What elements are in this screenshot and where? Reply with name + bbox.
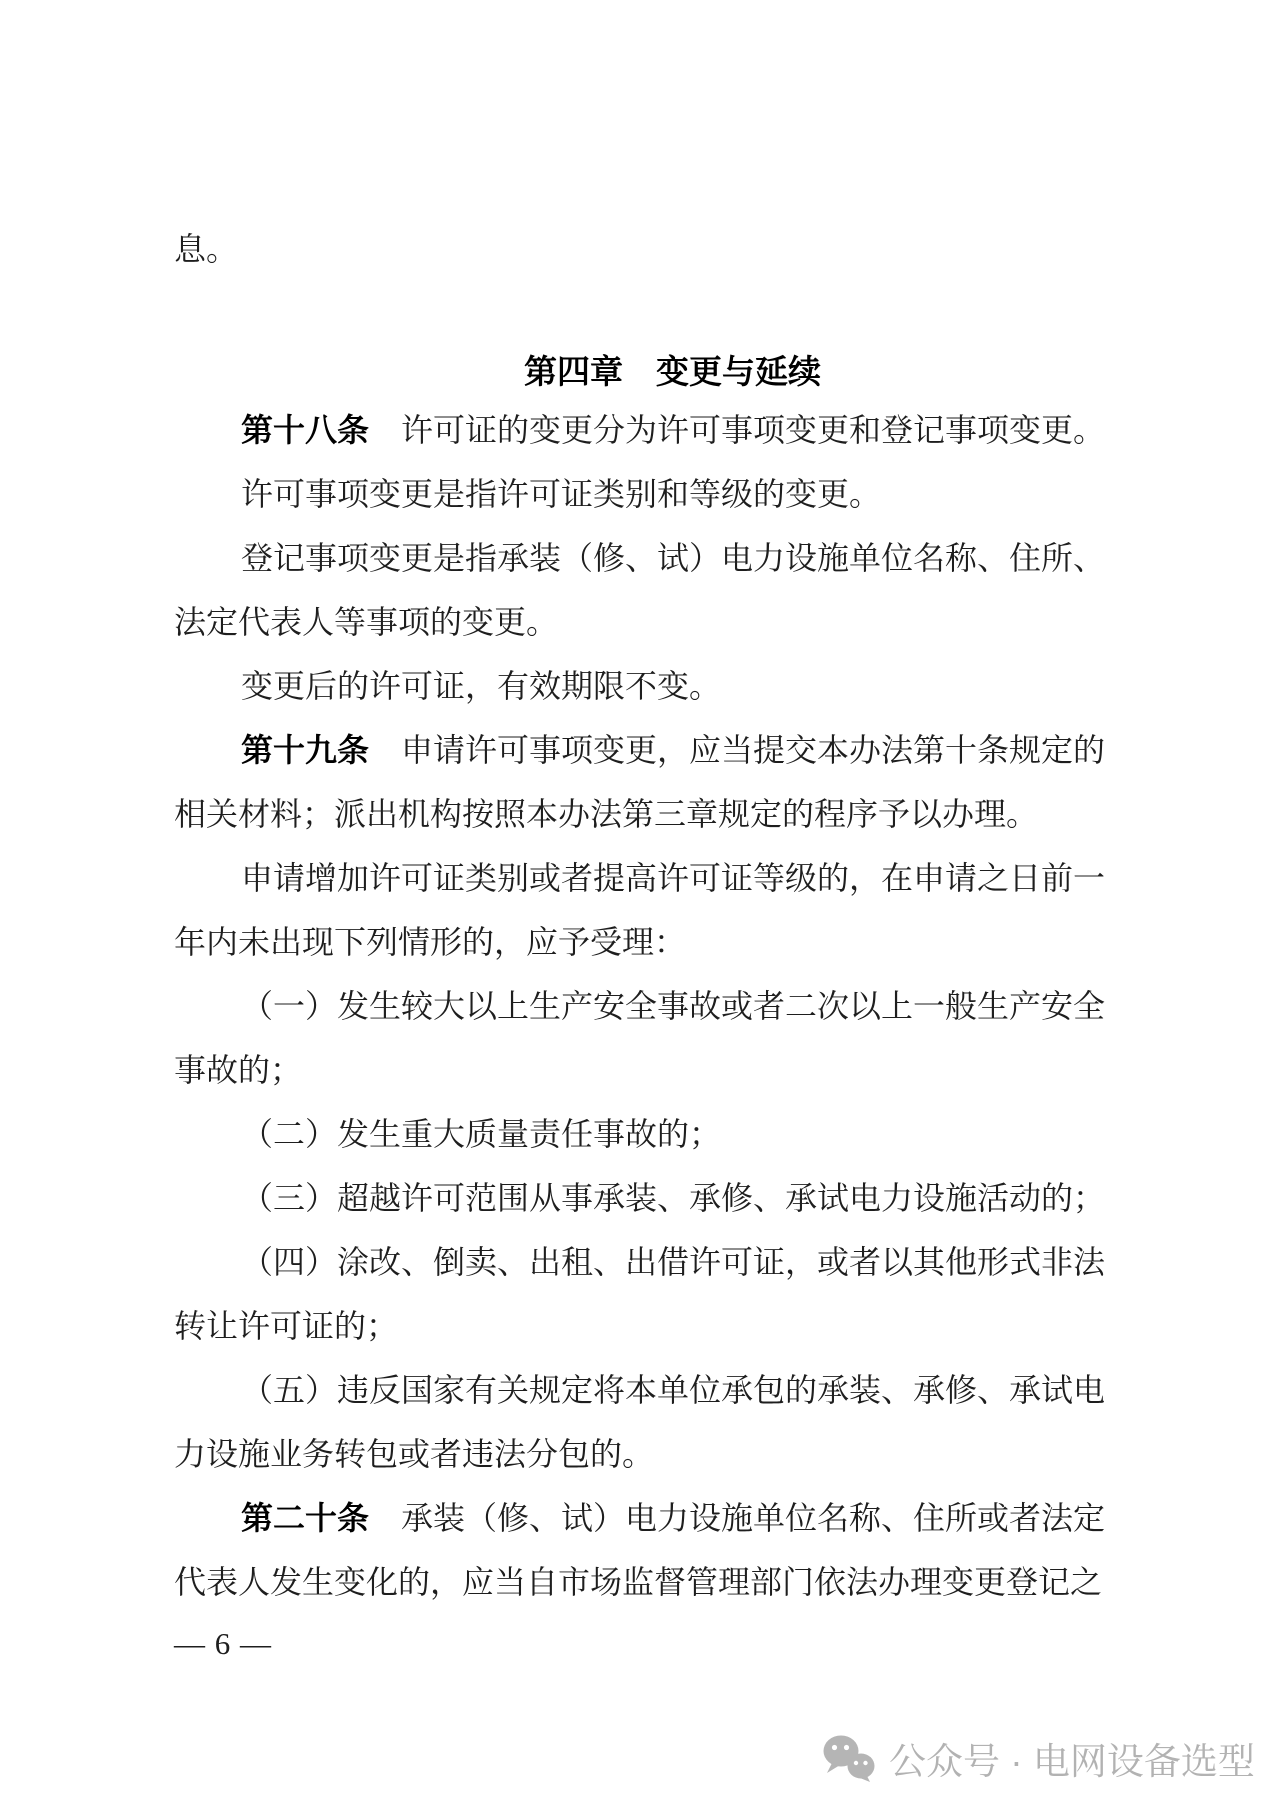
text-line-13: （二）发生重大质量责任事故的； [241,1114,721,1154]
text-run: 年内未出现下列情形的，应予受理： [174,924,686,960]
text-run: （二）发生重大质量责任事故的； [241,1116,721,1152]
text-line-2: 第十八条 许可证的变更分为许可事项变更和登记事项变更。 [241,410,1105,450]
text-line-18: 力设施业务转包或者违法分包的。 [174,1434,654,1474]
text-run: 登记事项变更是指承装（修、试）电力设施单位名称、住所、 [241,540,1105,576]
page-number: — 6 — [174,1626,272,1662]
text-run: 法定代表人等事项的变更。 [174,604,558,640]
text-run: （四）涂改、倒卖、出租、出借许可证，或者以其他形式非法 [241,1244,1105,1280]
text-line-4: 登记事项变更是指承装（修、试）电力设施单位名称、住所、 [241,538,1105,578]
text-line-0: 息。 [174,229,238,269]
text-line-3: 许可事项变更是指许可证类别和等级的变更。 [241,474,881,514]
article-number: 第十九条 [241,732,369,768]
text-line-9: 申请增加许可证类别或者提高许可证等级的，在申请之日前一 [241,858,1105,898]
text-line-15: （四）涂改、倒卖、出租、出借许可证，或者以其他形式非法 [241,1242,1105,1282]
wechat-icon [820,1734,876,1782]
text-line-20: 代表人发生变化的，应当自市场监督管理部门依法办理变更登记之 [174,1562,1102,1602]
text-line-10: 年内未出现下列情形的，应予受理： [174,922,686,962]
article-number: 第十八条 [241,412,369,448]
text-run: 申请增加许可证类别或者提高许可证等级的，在申请之日前一 [241,860,1105,896]
article-number: 第二十条 [241,1500,369,1536]
watermark-text: 公众号 · 电网设备选型 [889,1731,1255,1785]
text-run: 申请许可事项变更，应当提交本办法第十条规定的 [369,732,1105,768]
text-run: 许可事项变更是指许可证类别和等级的变更。 [241,476,881,512]
text-line-16: 转让许可证的； [174,1306,398,1346]
text-line-12: 事故的； [174,1050,302,1090]
text-line-17: （五）违反国家有关规定将本单位承包的承装、承修、承试电 [241,1370,1105,1410]
text-run: 承装（修、试）电力设施单位名称、住所或者法定 [369,1500,1105,1536]
text-run: （三）超越许可范围从事承装、承修、承试电力设施活动的； [241,1180,1105,1216]
text-run: （五）违反国家有关规定将本单位承包的承装、承修、承试电 [241,1372,1105,1408]
text-run: 息。 [174,231,238,267]
watermark: 公众号 · 电网设备选型 [820,1732,1255,1784]
chapter-heading: 第四章 变更与延续 [213,352,1132,393]
text-run: 相关材料；派出机构按照本办法第三章规定的程序予以办理。 [174,796,1038,832]
text-line-11: （一）发生较大以上生产安全事故或者二次以上一般生产安全 [241,986,1105,1026]
text-run: （一）发生较大以上生产安全事故或者二次以上一般生产安全 [241,988,1105,1024]
text-line-8: 相关材料；派出机构按照本办法第三章规定的程序予以办理。 [174,794,1038,834]
article-number: 第四章 变更与延续 [524,353,821,390]
text-run: 力设施业务转包或者违法分包的。 [174,1436,654,1472]
text-line-14: （三）超越许可范围从事承装、承修、承试电力设施活动的； [241,1178,1105,1218]
text-run: 转让许可证的； [174,1308,398,1344]
text-run: 事故的； [174,1052,302,1088]
text-run: 变更后的许可证，有效期限不变。 [241,668,721,704]
text-run: 代表人发生变化的，应当自市场监督管理部门依法办理变更登记之 [174,1564,1102,1600]
text-line-19: 第二十条 承装（修、试）电力设施单位名称、住所或者法定 [241,1498,1105,1538]
text-line-5: 法定代表人等事项的变更。 [174,602,558,642]
text-line-6: 变更后的许可证，有效期限不变。 [241,666,721,706]
text-line-7: 第十九条 申请许可事项变更，应当提交本办法第十条规定的 [241,730,1105,770]
text-run: 许可证的变更分为许可事项变更和登记事项变更。 [369,412,1105,448]
document-page: 息。第四章 变更与延续第十八条 许可证的变更分为许可事项变更和登记事项变更。许可… [0,0,1280,1810]
